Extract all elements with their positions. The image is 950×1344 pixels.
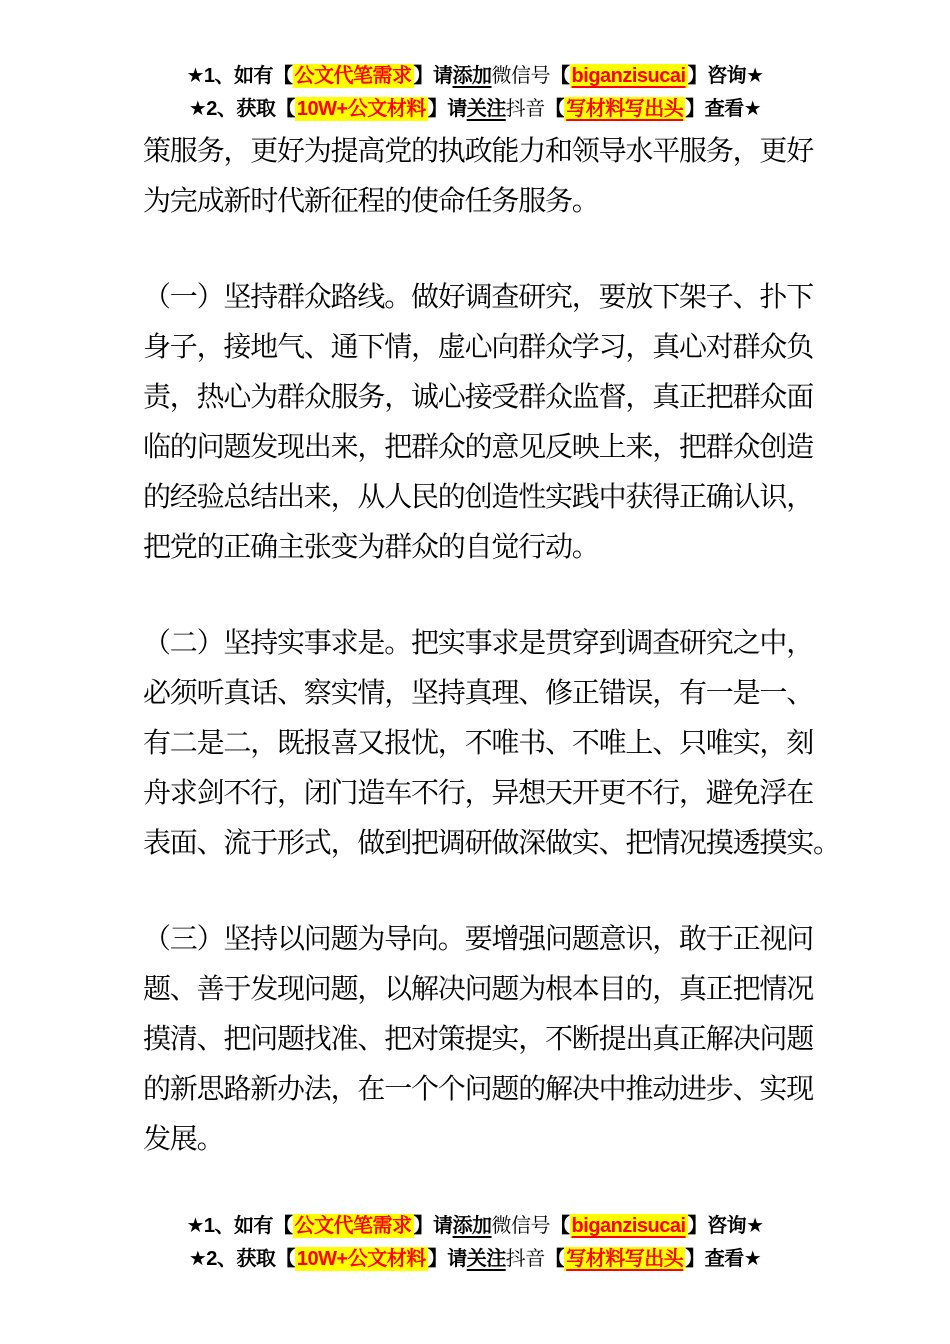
- text-line: （一）坚持群众路线。做好调查研究，要放下架子、扑下: [143, 272, 850, 322]
- text-line: 临的问题发现出来，把群众的意见反映上来，把群众创造: [143, 422, 850, 472]
- text-line: 舟求剑不行，闭门造车不行，异想天开更不行，避免浮在: [143, 768, 850, 818]
- paragraph: （一）坚持群众路线。做好调查研究，要放下架子、扑下身子，接地气、通下情，虚心向群…: [143, 272, 850, 572]
- promo-segment-regular: 微信号: [492, 65, 551, 87]
- promo-line: ★1、如有【公文代笔需求】请添加微信号【biganzisucai】咨询★: [0, 60, 950, 93]
- promo-segment-bold: ★2、获取【: [189, 98, 295, 120]
- promo-segment-bold: 【: [550, 1215, 570, 1237]
- promo-segment-regular: 抖音: [506, 98, 545, 120]
- promo-segment-highlight: 10W+公文材料: [295, 1247, 428, 1271]
- promo-segment-bold-underline: 添加: [453, 65, 492, 87]
- text-line: 身子，接地气、通下情，虚心向群众学习，真心对群众负: [143, 322, 850, 372]
- text-line: 表面、流于形式，做到把调研做深做实、把情况摸透摸实。: [143, 818, 850, 868]
- promo-line: ★2、获取【10W+公文材料】请关注抖音【写材料写出头】查看★: [0, 93, 950, 126]
- promo-segment-bold: 】请: [414, 65, 453, 87]
- promo-segment-regular: 抖音: [506, 1248, 545, 1270]
- text-line: 责，热心为群众服务，诚心接受群众监督，真正把群众面: [143, 372, 850, 422]
- promo-segment-bold: 】请: [428, 98, 467, 120]
- text-line: 发展。: [143, 1114, 850, 1164]
- promo-segment-bold: 】咨询★: [688, 65, 764, 87]
- document-page: ★1、如有【公文代笔需求】请添加微信号【biganzisucai】咨询★★2、获…: [0, 0, 950, 1344]
- promo-segment-highlight-underline: 写材料写出头: [564, 97, 685, 121]
- promo-segment-highlight: 公文代笔需求: [293, 64, 414, 88]
- promo-segment-bold: 【: [550, 65, 570, 87]
- text-line: 把党的正确主张变为群众的自觉行动。: [143, 522, 850, 572]
- text-line: 必须听真话、察实情，坚持真理、修正错误，有一是一、: [143, 668, 850, 718]
- promo-banner-bottom: ★1、如有【公文代笔需求】请添加微信号【biganzisucai】咨询★★2、获…: [0, 1210, 950, 1276]
- paragraph: （三）坚持以问题为导向。要增强问题意识，敢于正视问题、善于发现问题，以解决问题为…: [143, 914, 850, 1164]
- promo-segment-bold: 】请: [414, 1215, 453, 1237]
- paragraph: 策服务，更好为提高党的执政能力和领导水平服务，更好为完成新时代新征程的使命任务服…: [143, 126, 850, 226]
- promo-line: ★2、获取【10W+公文材料】请关注抖音【写材料写出头】查看★: [0, 1243, 950, 1276]
- promo-segment-highlight-underline: 写材料写出头: [564, 1247, 685, 1271]
- promo-segment-highlight-underline: biganzisucai: [570, 1214, 688, 1238]
- text-line: 有二是二，既报喜又报忧，不唯书、不唯上、只唯实，刻: [143, 718, 850, 768]
- promo-segment-regular: 微信号: [492, 1215, 551, 1237]
- promo-segment-bold: 】查看★: [685, 1248, 761, 1270]
- promo-segment-highlight: 10W+公文材料: [295, 97, 428, 121]
- promo-segment-highlight: 公文代笔需求: [293, 1214, 414, 1238]
- promo-segment-bold: 】请: [428, 1248, 467, 1270]
- promo-line: ★1、如有【公文代笔需求】请添加微信号【biganzisucai】咨询★: [0, 1210, 950, 1243]
- promo-segment-bold: 】咨询★: [688, 1215, 764, 1237]
- text-line: （二）坚持实事求是。把实事求是贯穿到调查研究之中，: [143, 618, 850, 668]
- promo-segment-bold-underline: 添加: [453, 1215, 492, 1237]
- document-body: 策服务，更好为提高党的执政能力和领导水平服务，更好为完成新时代新征程的使命任务服…: [0, 126, 950, 1164]
- text-line: 的新思路新办法，在一个个问题的解决中推动进步、实现: [143, 1064, 850, 1114]
- text-line: 为完成新时代新征程的使命任务服务。: [143, 176, 850, 226]
- promo-segment-bold: ★1、如有【: [186, 1215, 292, 1237]
- text-line: 策服务，更好为提高党的执政能力和领导水平服务，更好: [143, 126, 850, 176]
- promo-segment-highlight-underline: biganzisucai: [570, 64, 688, 88]
- paragraph: （二）坚持实事求是。把实事求是贯穿到调查研究之中，必须听真话、察实情，坚持真理、…: [143, 618, 850, 868]
- promo-segment-bold-underline: 关注: [467, 1248, 506, 1270]
- promo-segment-bold-underline: 关注: [467, 98, 506, 120]
- text-line: （三）坚持以问题为导向。要增强问题意识，敢于正视问: [143, 914, 850, 964]
- promo-segment-bold: 【: [545, 1248, 565, 1270]
- promo-segment-bold: 【: [545, 98, 565, 120]
- text-line: 的经验总结出来，从人民的创造性实践中获得正确认识，: [143, 472, 850, 522]
- text-line: 题、善于发现问题，以解决问题为根本目的，真正把情况: [143, 964, 850, 1014]
- promo-banner-top: ★1、如有【公文代笔需求】请添加微信号【biganzisucai】咨询★★2、获…: [0, 60, 950, 126]
- promo-segment-bold: 】查看★: [685, 98, 761, 120]
- text-line: 摸清、把问题找准、把对策提实，不断提出真正解决问题: [143, 1014, 850, 1064]
- promo-segment-bold: ★2、获取【: [189, 1248, 295, 1270]
- promo-segment-bold: ★1、如有【: [186, 65, 292, 87]
